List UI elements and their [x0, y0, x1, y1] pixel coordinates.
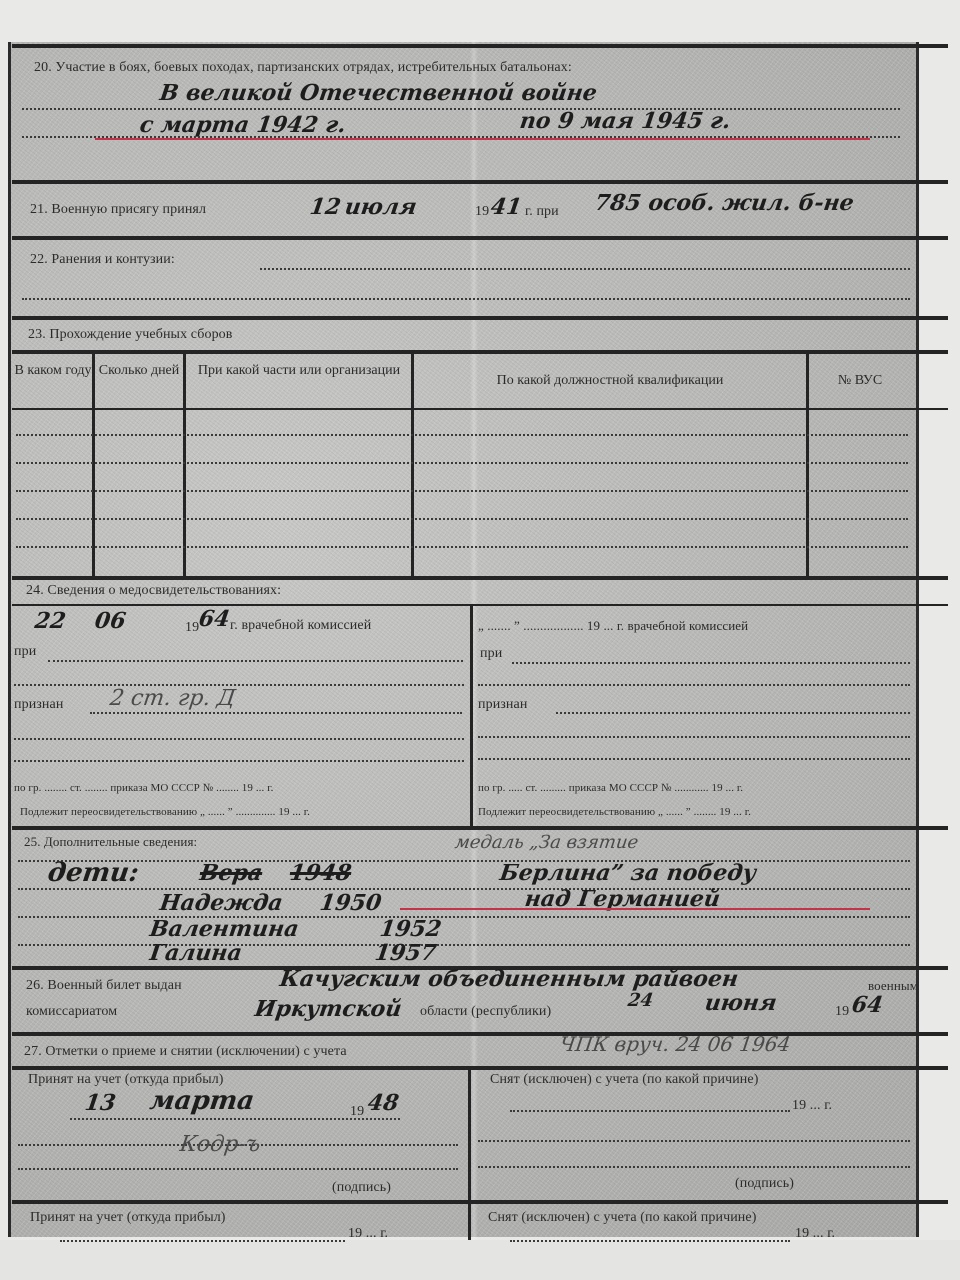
divider — [12, 1032, 948, 1036]
section-27-label: 27. Отметки о приеме и снятии (исключени… — [24, 1044, 347, 1060]
section-20-to: по 9 мая 1945 г. — [518, 108, 732, 134]
dotted-line — [90, 712, 462, 714]
section-20-line1: В великой Отечественной войне — [158, 80, 599, 106]
removed-2-date-tail: 19 ... г. — [795, 1226, 835, 1242]
child-1-name: Вера — [198, 860, 264, 886]
accepted-2-label: Принят на учет (откуда прибыл) — [30, 1210, 226, 1226]
accepted-1-month: марта — [148, 1086, 256, 1116]
dotted-line — [478, 1166, 910, 1168]
dotted-line — [512, 662, 910, 664]
divider — [12, 1066, 948, 1070]
award-line-2: Берлина” за победу — [498, 860, 758, 886]
medexam-at-label: при — [14, 644, 36, 660]
award-line-1: медаль „За взятие — [454, 832, 640, 853]
medexam-verdict-label: признан — [14, 697, 63, 713]
dotted-line — [48, 660, 463, 662]
medexam-year-suffix: 64 — [197, 606, 231, 632]
section-22-label: 22. Ранения и контузии: — [30, 252, 175, 268]
child-2-name: Надежда — [158, 890, 284, 916]
background-surface — [0, 1240, 960, 1280]
dotted-line — [478, 1140, 910, 1142]
section-21-label: 21. Военную присягу принял — [30, 202, 206, 218]
divider — [12, 180, 948, 184]
col-header-year: В каком году — [14, 362, 92, 379]
medexam-reexam-line: Подлежит переосвидетельствованию „ .....… — [20, 806, 310, 818]
issue-year-suffix: 64 — [850, 992, 884, 1018]
accepted-1-day: 13 — [83, 1090, 117, 1116]
oath-unit: 785 особ. жил. б-не — [593, 190, 855, 216]
section-27-note: ЧПК вруч. 24 06 1964 — [558, 1032, 792, 1056]
dotted-line — [556, 712, 910, 714]
dotted-line — [18, 860, 910, 862]
section-26-label: 26. Военный билет выдан — [26, 978, 182, 994]
medexam-verdict-value: 2 ст. гр. Д — [108, 686, 237, 711]
removed-1-sign-label: (подпись) — [735, 1176, 794, 1192]
oath-day: 12 — [308, 194, 342, 220]
child-3-name: Валентина — [148, 916, 300, 942]
dotted-line — [18, 1168, 458, 1170]
divider — [12, 236, 948, 240]
military-id-issuer: Качугским объединенным райвоен — [278, 966, 740, 992]
table-row — [16, 434, 908, 436]
accepted-1-year-suffix: 48 — [366, 1090, 400, 1116]
child-1-year: 1948 — [288, 860, 353, 886]
section-25-label: 25. Дополнительные сведения: — [24, 834, 197, 850]
section-20-label: 20. Участие в боях, боевых походах, парт… — [34, 60, 572, 76]
col-header-vus: № ВУС — [810, 372, 910, 389]
table-row — [16, 490, 908, 492]
issue-month: июня — [703, 990, 778, 1016]
medexam2-at-label: при — [480, 646, 502, 662]
children-label: дети: — [46, 858, 141, 888]
section-24-label: 24. Сведения о медосвидетельствованиях: — [26, 583, 281, 599]
dotted-line — [22, 108, 900, 110]
dotted-line — [70, 1118, 400, 1120]
removed-1-label: Снят (исключен) с учета (по какой причин… — [490, 1072, 758, 1088]
table-row — [16, 518, 908, 520]
col-header-unit: При какой части или организации — [188, 362, 410, 379]
region-label: области (республики) — [420, 1004, 551, 1020]
col-divider — [92, 352, 95, 578]
child-2-year: 1950 — [318, 890, 383, 916]
issue-year-prefix: 19 — [835, 1004, 849, 1020]
medexam-commission-label: г. врачебной комиссией — [230, 618, 371, 634]
oath-month: июля — [343, 194, 418, 220]
top-border — [12, 44, 948, 48]
dotted-line — [510, 1110, 790, 1112]
dotted-line — [22, 298, 910, 300]
medexam-month: 06 — [93, 608, 127, 634]
dotted-line — [478, 736, 910, 738]
commissariat-label: комиссариатом — [26, 1004, 117, 1020]
red-underline — [400, 908, 870, 910]
medexam-day: 22 — [33, 608, 67, 634]
removed-2-label: Снят (исключен) с учета (по какой причин… — [488, 1210, 756, 1226]
oath-at-label: г. при — [525, 204, 559, 220]
table-row — [16, 546, 908, 548]
section-23-label: 23. Прохождение учебных сборов — [28, 327, 232, 343]
divider — [12, 826, 948, 830]
issuer-region: Иркутской — [253, 996, 403, 1022]
medexam2-reexam-line: Подлежит переосвидетельствованию „ .....… — [478, 806, 751, 818]
child-3-year: 1952 — [378, 916, 443, 942]
col-divider — [806, 352, 809, 578]
divider — [12, 316, 948, 320]
medexam2-date-line: „ ....... ” .................. 19 ... г.… — [478, 618, 748, 634]
col-header-qualification: По какой должностной квалификации — [415, 372, 805, 389]
dotted-line — [478, 758, 910, 760]
oath-year-prefix: 19 — [475, 204, 489, 220]
divider — [12, 1200, 948, 1204]
medexam-order-line: по гр. ........ ст. ........ приказа МО … — [14, 782, 273, 794]
oath-year-suffix: 41 — [489, 194, 523, 220]
section-20-from: с марта 1942 г. — [138, 112, 347, 138]
dotted-line — [18, 888, 910, 890]
dotted-line — [260, 268, 910, 270]
dotted-line — [14, 760, 464, 762]
medexam2-order-line: по гр. ..... ст. ......... приказа МО СС… — [478, 782, 743, 794]
accepted-2-date-tail: 19 ... г. — [348, 1226, 388, 1242]
col-divider — [183, 352, 186, 578]
dotted-line — [14, 684, 464, 686]
dotted-line — [510, 1240, 790, 1242]
divider — [12, 604, 948, 606]
dotted-line — [14, 738, 464, 740]
dotted-line — [478, 684, 910, 686]
child-4-year: 1957 — [373, 940, 438, 966]
issue-day: 24 — [627, 990, 655, 1011]
medexam2-verdict-label: признан — [478, 697, 527, 713]
dotted-line — [60, 1240, 345, 1242]
col-divider — [468, 1068, 471, 1240]
removed-1-date-tail: 19 ... г. — [792, 1098, 832, 1114]
col-divider — [470, 606, 473, 826]
accepted-1-sign-label: (подпись) — [332, 1180, 391, 1196]
col-divider — [411, 352, 414, 578]
divider — [12, 576, 948, 580]
child-4-name: Галина — [148, 940, 243, 966]
col-header-days: Сколько дней — [95, 362, 183, 379]
accepted-1-signature: Кодр-ъ — [178, 1132, 262, 1157]
table-row — [16, 462, 908, 464]
red-underline — [95, 138, 870, 140]
